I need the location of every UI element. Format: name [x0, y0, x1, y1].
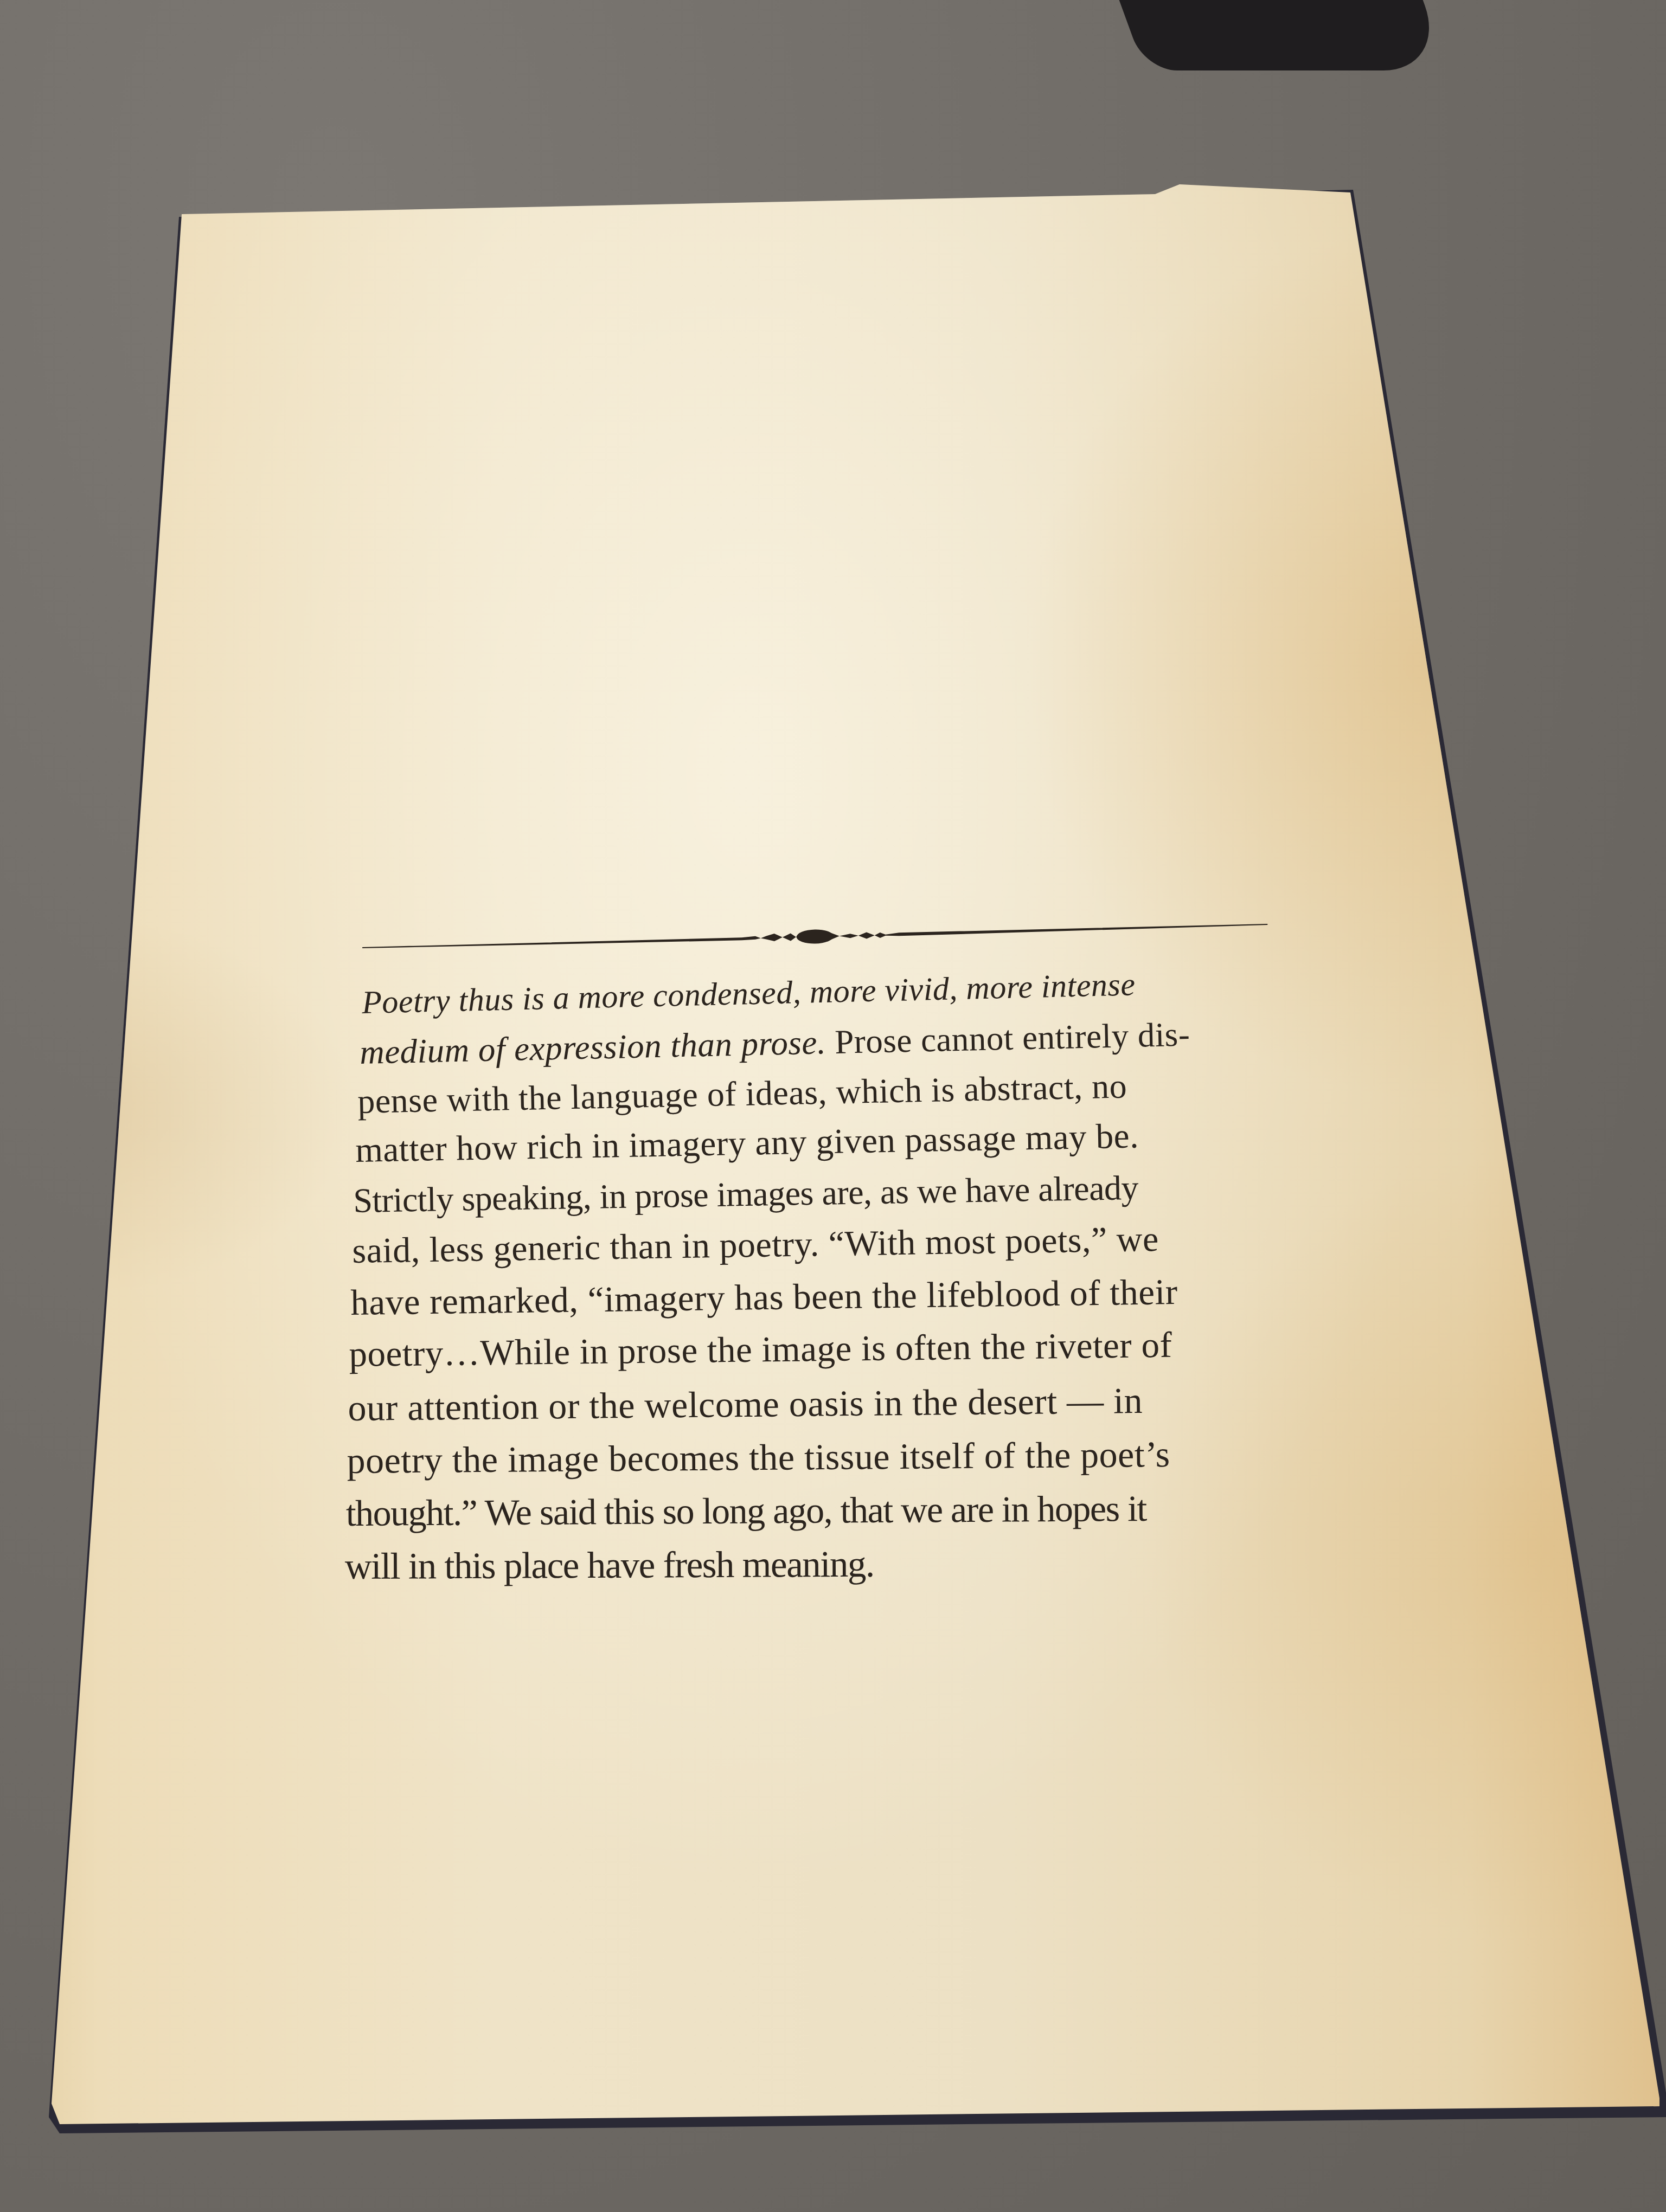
- passage-roman: poetry the image becomes the tissue itse…: [347, 1433, 1170, 1481]
- passage-roman: poetry…While in prose the image is often…: [349, 1325, 1172, 1374]
- passage-line: have remarked, “imagery has been the lif…: [350, 1271, 1178, 1324]
- passage-roman: thought.” We said this so long ago, that…: [346, 1488, 1147, 1534]
- passage-roman: will in this place have fresh meaning.: [345, 1544, 874, 1587]
- passage-line: will in this place have fresh meaning.: [345, 1543, 874, 1588]
- passage-line: thought.” We said this so long ago, that…: [346, 1487, 1147, 1535]
- passage: Poetry thus is a more condensed, more vi…: [0, 0, 1666, 2212]
- passage-line: pense with the language of ideas, which …: [357, 1066, 1127, 1122]
- passage-italic: medium of expression than prose.: [359, 1023, 826, 1071]
- passage-line: Strictly speaking, in prose images are, …: [353, 1168, 1139, 1221]
- passage-line: medium of expression than prose. Prose c…: [359, 1015, 1190, 1072]
- passage-italic: Poetry thus is a more condensed, more vi…: [361, 966, 1136, 1020]
- passage-roman: said, less generic than in poetry. “With…: [352, 1219, 1159, 1271]
- passage-line: poetry the image becomes the tissue itse…: [347, 1433, 1170, 1482]
- passage-roman: pense with the language of ideas, which …: [357, 1067, 1127, 1121]
- passage-roman: have remarked, “imagery has been the lif…: [350, 1272, 1178, 1323]
- passage-line: matter how rich in imagery any given pas…: [355, 1116, 1139, 1171]
- passage-line: Poetry thus is a more condensed, more vi…: [361, 966, 1136, 1021]
- passage-line: our attention or the welcome oasis in th…: [348, 1379, 1143, 1430]
- passage-roman: matter how rich in imagery any given pas…: [355, 1117, 1139, 1170]
- passage-roman: our attention or the welcome oasis in th…: [348, 1380, 1143, 1429]
- passage-line: poetry…While in prose the image is often…: [349, 1324, 1172, 1375]
- passage-roman: Prose cannot entirely dis-: [825, 1015, 1190, 1062]
- passage-line: said, less generic than in poetry. “With…: [352, 1219, 1159, 1272]
- passage-roman: Strictly speaking, in prose images are, …: [353, 1168, 1139, 1220]
